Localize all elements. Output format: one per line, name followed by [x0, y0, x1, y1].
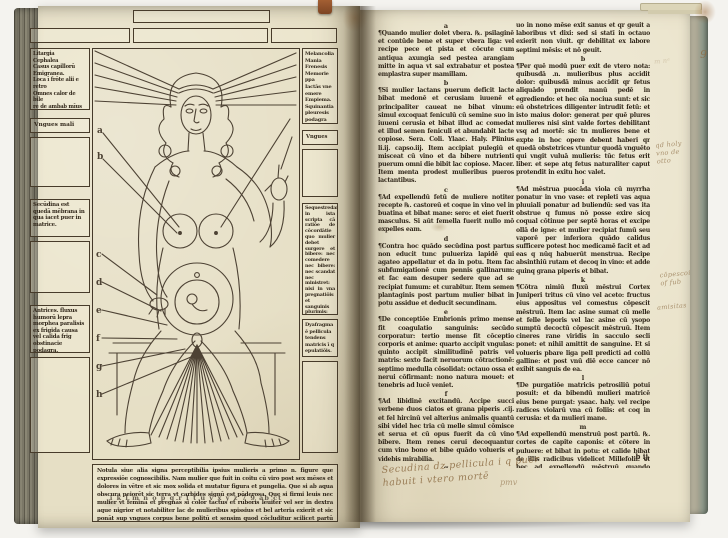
paragraph-letter: b — [516, 56, 650, 63]
quire-signature: b ij — [598, 452, 648, 461]
paragraph-text: ¶Per quē modū puer exit de vtero nota: q… — [516, 63, 650, 178]
figure-letter: b — [97, 152, 103, 162]
recipe-paragraph: f ¶Ad libidinē excitandū. Accipe succi v… — [378, 391, 514, 464]
label-box-empty — [302, 361, 338, 453]
label-box-secundina: Secūdina est quedā mēbrana in qua iacet … — [30, 199, 90, 237]
recipe-paragraph: b ¶Si mulier lactans puerum deficit lact… — [378, 80, 514, 185]
paragraph-letter: d — [378, 236, 514, 243]
paragraph-text: ¶Contra hoc quādo secūdina post partus n… — [378, 243, 514, 309]
handwritten-scribble: pmv — [500, 478, 517, 487]
label-box-empty — [30, 241, 90, 293]
paragraph-text: ¶Quando mulier dolet vbera. ℞. psilaginē… — [378, 30, 514, 79]
label-box-empty — [302, 149, 338, 197]
photograph-of-open-incunabulum: Litargia Cephalea Casus capillorū Emigra… — [0, 0, 728, 538]
figure-letter: d — [96, 278, 103, 288]
label-box-dyafragma: Dyafragma ē pellicula tendens matricis ī… — [302, 319, 338, 357]
recipe-paragraph: i ¶Ad mēstrua puocāda viola cū myrrha po… — [516, 179, 650, 276]
recipe-paragraph: b ¶Per quē modū puer exit de vtero nota:… — [516, 56, 650, 178]
paragraph-letter: c — [378, 187, 514, 194]
recipe-paragraph: l ¶De purgatiōe matricis petrosiliū potu… — [516, 375, 650, 423]
folio-number: 9 — [700, 48, 707, 61]
woodcut-header-box-right — [271, 28, 337, 43]
label-box-ungues-left: Vngues mali — [30, 118, 90, 133]
label-box-sequestre: Sequestredarie in ista scripta cā ratiōe… — [302, 203, 338, 315]
paragraph-letter: a — [378, 23, 514, 30]
woodcut-header-box-center — [133, 28, 268, 43]
label-box-empty — [30, 137, 90, 187]
paragraph-letter: f — [378, 391, 514, 398]
right-page-column-1: a ¶Quando mulier dolet vbera. ℞. psilagi… — [378, 22, 514, 468]
recipe-paragraph: d ¶Contra hoc quādo secūdina post partus… — [378, 236, 514, 309]
paragraph-text: ¶De purgatiōe matricis petrosiliū potui … — [516, 382, 650, 423]
paragraph-text: ¶De conceptiōe Embrionis primo mense fit… — [378, 316, 514, 390]
recipe-paragraph: uo in nono mēse exit sanus et qr geuit a… — [516, 22, 650, 55]
recipe-paragraph: a ¶Quando mulier dolet vbera. ℞. psilagi… — [378, 23, 514, 79]
label-box-antrices: Antrices. fluxus humorū lepra morphea pa… — [30, 305, 90, 353]
margin-note-line: vno de otto — [656, 146, 693, 165]
gravida-woodcut-frame: a b c d e f g h — [92, 48, 300, 460]
figure-letter: e — [96, 306, 102, 316]
gutter-shadow — [344, 6, 376, 522]
recipe-paragraph: c ¶Ad expellendū fetū de muliere notiter… — [378, 187, 514, 235]
figure-letter: h — [96, 390, 103, 400]
left-page-bottom-text: Notula siue alia signa perceptibilia ips… — [92, 464, 338, 522]
margin-note-2: cōpescoi of fub — [659, 269, 692, 288]
recipe-paragraph: k ¶Cōtra nimiū fluxū mēstrui Cortex Juni… — [516, 277, 650, 374]
page-corner-stack-2 — [648, 10, 702, 14]
paragraph-letter: k — [516, 277, 650, 284]
paragraph-letter: b — [378, 80, 514, 87]
paragraph-text: ¶Ad libidinē excitandū. Accipe succi ver… — [378, 398, 514, 464]
label-box-diseases-right: Melancolia Mania Frenesis Memorie ppa Ia… — [302, 48, 338, 124]
woodcut-top-banner — [133, 10, 270, 23]
right-page-column-2: uo in nono mēse exit sanus et qr geuit a… — [516, 22, 650, 468]
figure-letter: a — [97, 126, 103, 136]
paragraph-letter: e — [378, 309, 514, 316]
leather-tab — [318, 0, 332, 14]
paragraph-letter: i — [516, 179, 650, 186]
paragraph-letter: l — [516, 375, 650, 382]
label-box-diseases-left: Litargia Cephalea Casus capillorū Emigra… — [30, 48, 90, 110]
figure-letter: g — [96, 362, 103, 372]
label-box-ungues-right: Vngues mali — [302, 130, 338, 145]
figure-letter: f — [96, 334, 101, 344]
paragraph-text: ¶Ad mēstrua puocāda viola cū myrrha pona… — [516, 186, 650, 276]
gravida-woodcut: a b c d e f g h — [93, 49, 298, 458]
fore-edge-page-stack — [690, 16, 708, 514]
figure-letter: c — [96, 250, 102, 260]
paragraph-text: ¶Ad expellendū fetū de muliere notiter r… — [378, 194, 514, 235]
label-box-empty — [30, 357, 90, 453]
paragraph-letter: m — [516, 424, 650, 431]
recipe-paragraph: e ¶De conceptiōe Embrionis primo mense f… — [378, 309, 514, 390]
paragraph-text: uo in nono mēse exit sanus et qr geuit a… — [516, 22, 650, 55]
margin-note-1: qd holy vno de otto — [655, 138, 693, 165]
woodcut-header-box-left — [30, 28, 130, 43]
paragraph-text: ¶Cōtra nimiū fluxū mēstrui Cortex Junipe… — [516, 284, 650, 374]
paragraph-text: ¶Si mulier lactans puerum deficit lacte … — [378, 87, 514, 185]
